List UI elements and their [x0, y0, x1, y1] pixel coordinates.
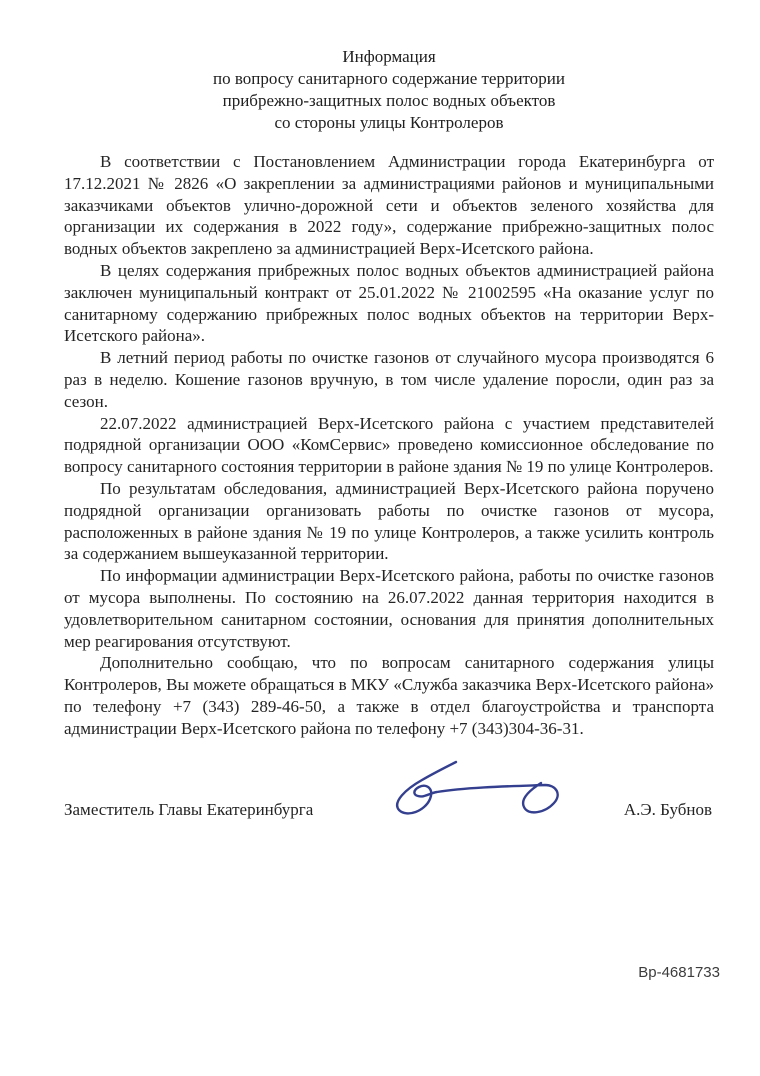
signer-name: А.Э. Бубнов: [624, 800, 712, 820]
paragraph-3: В летний период работы по очистке газоно…: [64, 347, 714, 412]
paragraph-2: В целях содержания прибрежных полос водн…: [64, 260, 714, 347]
title-line-3: прибрежно-защитных полос водных объектов: [64, 90, 714, 112]
document-page: Информация по вопросу санитарного содерж…: [0, 0, 760, 1076]
signature-stroke: [397, 762, 558, 813]
title-line-4: со стороны улицы Контролеров: [64, 112, 714, 134]
document-content: Информация по вопросу санитарного содерж…: [64, 46, 714, 820]
document-body: В соответствии с Постановлением Админист…: [64, 151, 714, 740]
paragraph-4: 22.07.2022 администрацией Верх-Исетского…: [64, 413, 714, 478]
paragraph-6: По информации администрации Верх-Исетско…: [64, 565, 714, 652]
handwritten-signature-icon: [382, 754, 612, 842]
title-line-2: по вопросу санитарного содержание террит…: [64, 68, 714, 90]
paragraph-7: Дополнительно сообщаю, что по вопросам с…: [64, 652, 714, 739]
paragraph-5: По результатам обследования, администрац…: [64, 478, 714, 565]
signer-position-label: Заместитель Главы Екатеринбурга: [64, 800, 313, 820]
paragraph-1: В соответствии с Постановлением Админист…: [64, 151, 714, 260]
signature-block: Заместитель Главы Екатеринбурга А.Э. Буб…: [64, 792, 714, 820]
document-registration-number: Вр-4681733: [638, 964, 720, 981]
title-line-1: Информация: [64, 46, 714, 68]
document-title: Информация по вопросу санитарного содерж…: [64, 46, 714, 134]
